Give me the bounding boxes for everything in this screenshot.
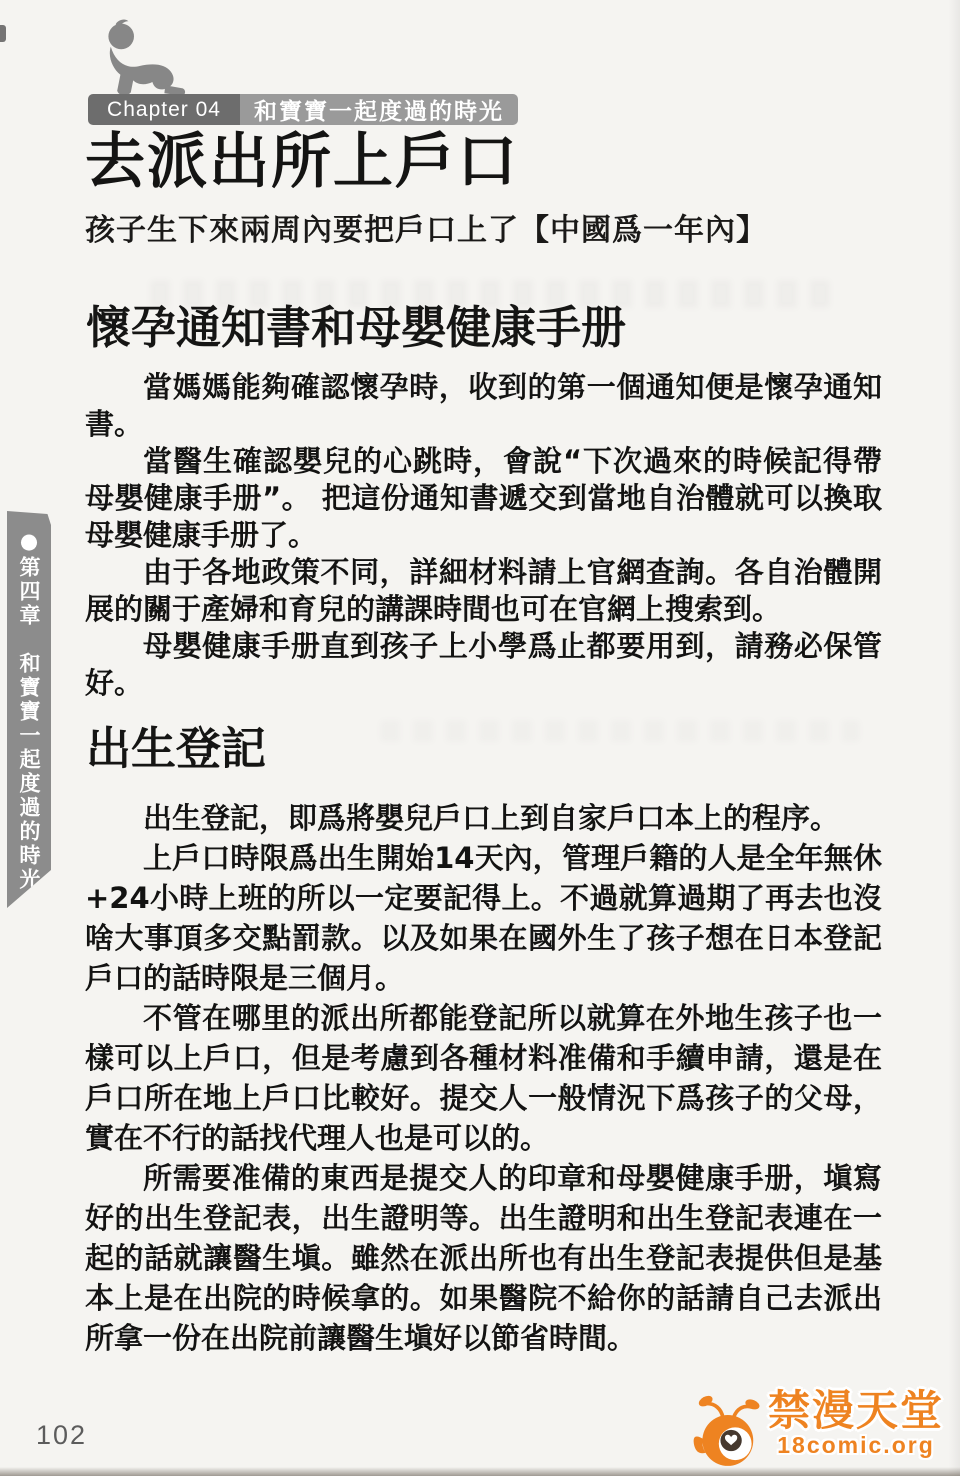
watermark-brand: 禁漫天堂: [768, 1388, 944, 1434]
side-tab-title: 和寶寶一起度過的時光: [17, 652, 41, 892]
page-number: 102: [36, 1420, 87, 1451]
scan-edge-shadow: [948, 0, 960, 1476]
chapter-title: 和寶寶一起度過的時光: [240, 94, 518, 125]
watermark: 禁漫天堂 18comic.org: [688, 1388, 948, 1472]
paragraph: 出生登記，即爲將嬰兒戶口上到自家戶口本上的程序。: [85, 798, 882, 838]
chapter-header-bar: Chapter 04 和寶寶一起度過的時光: [88, 94, 518, 125]
section-heading-pregnancy-notice: 懷孕通知書和母嬰健康手册: [86, 303, 626, 353]
watermark-text: 禁漫天堂 18comic.org: [768, 1388, 944, 1459]
orange-mascot-icon: [688, 1388, 766, 1470]
chapter-side-tab-text: ●第四章 和寶寶一起度過的時光: [14, 511, 44, 908]
section-body-birth-registration: 出生登記，即爲將嬰兒戶口上到自家戶口本上的程序。 上戶口時限爲出生開始14天內，…: [85, 798, 882, 1358]
paragraph: 上戶口時限爲出生開始14天內，管理戶籍的人是全年無休+24小時上班的所以一定要記…: [85, 838, 882, 998]
scan-bottom-edge: [0, 1467, 960, 1476]
section-body-pregnancy-notice: 當媽媽能夠確認懷孕時，收到的第一個通知便是懷孕通知書。 當醫生確認嬰兒的心跳時，…: [85, 369, 882, 702]
paragraph: 所需要准備的東西是提交人的印章和母嬰健康手册，塡寫好的出生登記表，出生證明等。出…: [85, 1158, 882, 1358]
paragraph: 母嬰健康手册直到孩子上小學爲止都要用到，請務必保管好。: [85, 628, 882, 702]
paragraph: 由于各地政策不同，詳細材料請上官網查詢。各自治體開展的關于產婦和育兒的講課時間也…: [85, 554, 882, 628]
side-tab-chapter: ●第四章: [17, 529, 41, 628]
page-title: 去派出所上戶口: [85, 128, 519, 197]
paragraph: 當醫生確認嬰兒的心跳時，會說“下次過來的時候記得帶母嬰健康手册”。 把這份通知書…: [85, 443, 882, 554]
paragraph: 不管在哪里的派出所都能登記所以就算在外地生孩子也一樣可以上戶口，但是考慮到各種材…: [85, 998, 882, 1158]
paragraph: 當媽媽能夠確認懷孕時，收到的第一個通知便是懷孕通知書。: [85, 369, 882, 443]
page-subtitle: 孩子生下來兩周內要把戶口上了【中國爲一年內】: [85, 205, 767, 249]
chapter-side-tab: ●第四章 和寶寶一起度過的時光: [7, 511, 51, 908]
crawling-baby-icon: [96, 18, 196, 98]
scan-edge-speck: [0, 25, 6, 42]
bleedthrough-text: [380, 720, 860, 742]
watermark-site: 18comic.org: [768, 1432, 944, 1459]
section-heading-birth-registration: 出生登記: [86, 724, 266, 774]
chapter-number-label: Chapter 04: [88, 94, 240, 125]
